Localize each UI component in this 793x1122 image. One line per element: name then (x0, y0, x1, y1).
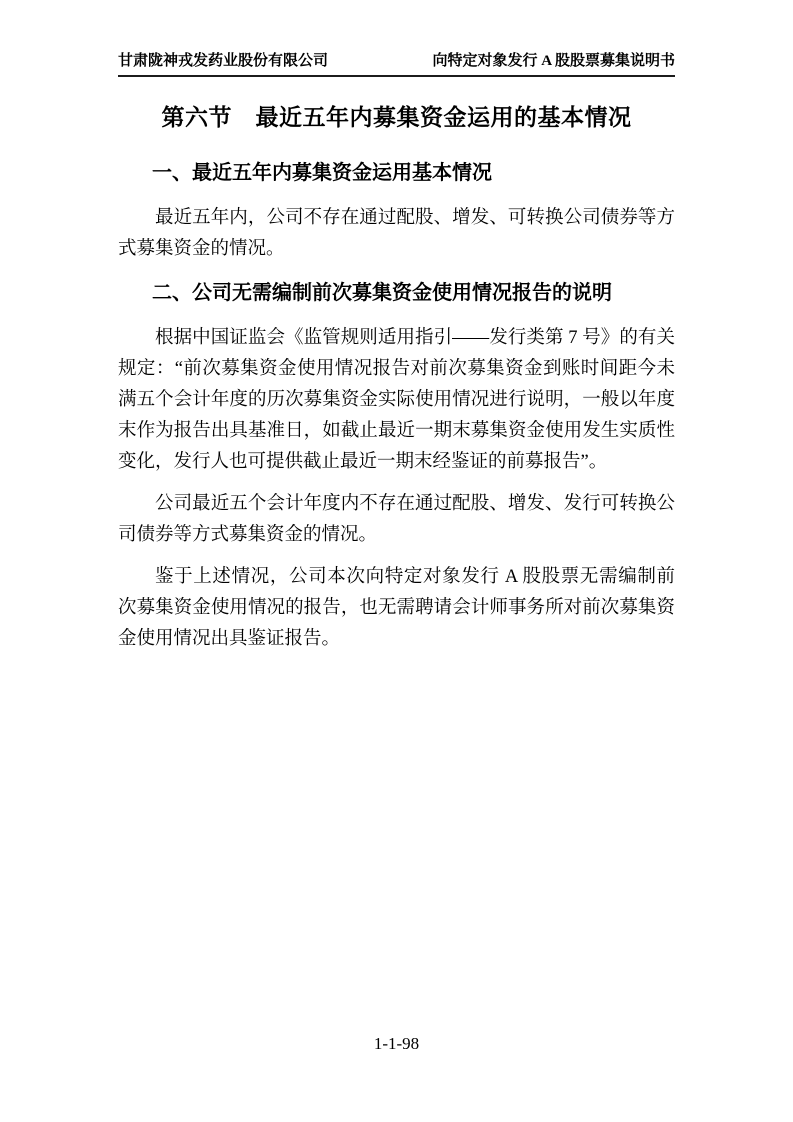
page-header: 甘肃陇神戎发药业股份有限公司 向特定对象发行 A 股股票募集说明书 (118, 52, 675, 77)
section-heading-2: 二、公司无需编制前次募集资金使用情况报告的说明 (118, 279, 675, 308)
paragraph: 根据中国证监会《监管规则适用指引——发行类第 7 号》的有关规定：“前次募集资金… (118, 323, 675, 478)
document-page: 甘肃陇神戎发药业股份有限公司 向特定对象发行 A 股股票募集说明书 第六节 最近… (0, 0, 793, 1122)
section-heading-1: 一、最近五年内募集资金运用基本情况 (118, 159, 675, 188)
paragraph: 鉴于上述情况，公司本次向特定对象发行 A 股股票无需编制前次募集资金使用情况的报… (118, 562, 675, 655)
paragraph: 公司最近五个会计年度内不存在通过配股、增发、发行可转换公司债券等方式募集资金的情… (118, 489, 675, 551)
page-title: 第六节 最近五年内募集资金运用的基本情况 (118, 99, 675, 135)
paragraph: 最近五年内，公司不存在通过配股、增发、可转换公司债券等方式募集资金的情况。 (118, 203, 675, 265)
page-number: 1-1-98 (0, 1033, 793, 1055)
page-content: 甘肃陇神戎发药业股份有限公司 向特定对象发行 A 股股票募集说明书 第六节 最近… (118, 52, 675, 655)
header-company-name: 甘肃陇神戎发药业股份有限公司 (118, 52, 328, 70)
header-document-name: 向特定对象发行 A 股股票募集说明书 (432, 52, 675, 70)
